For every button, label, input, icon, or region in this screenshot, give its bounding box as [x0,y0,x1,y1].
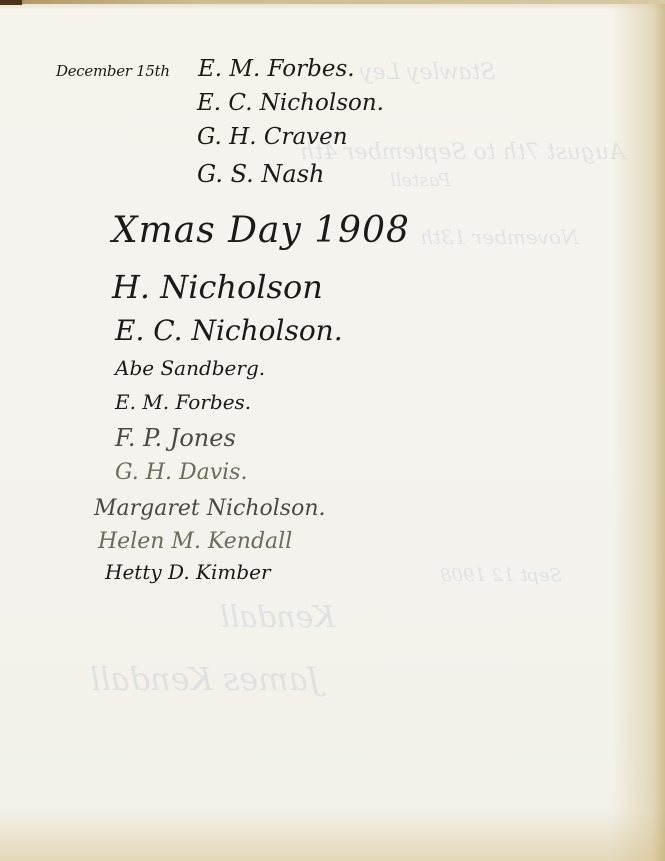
page-corner-shadow [0,0,22,5]
signature: G. S. Nash [197,160,325,188]
signature: G. H. Davis. [115,460,247,485]
signature: Margaret Nicholson. [94,496,325,521]
bleed-through-text: November 13th [420,225,579,249]
bleed-through-text: Kendall [220,600,335,635]
signature: G. H. Craven [197,124,348,150]
entry-heading: Xmas Day 1908 [112,210,410,251]
signature: Hetty D. Kimber [105,560,271,584]
signature: Helen M. Kendall [98,529,292,554]
bleed-through-text: August 7th to September 4th [300,140,625,165]
signature: F. P. Jones [115,424,236,452]
signature: E. C. Nicholson. [115,314,343,347]
entry-date: December 15th [56,62,170,80]
page-top-edge [0,0,665,4]
signature: E. M. Forbes. [198,56,355,82]
guestbook-page: Stawley Ley August 7th to September 4th … [0,0,665,861]
bleed-through-text: Stawley Ley [360,60,495,85]
bleed-through-text: Pastell [390,170,451,191]
bleed-through-text: James Kendall [90,660,320,698]
signature: E. M. Forbes. [115,390,251,414]
bleed-through-text: Sept 12 1908 [440,565,562,586]
signature: H. Nicholson [112,268,323,306]
signature: Abe Sandberg. [115,356,265,380]
signature: E. C. Nicholson. [197,90,384,116]
